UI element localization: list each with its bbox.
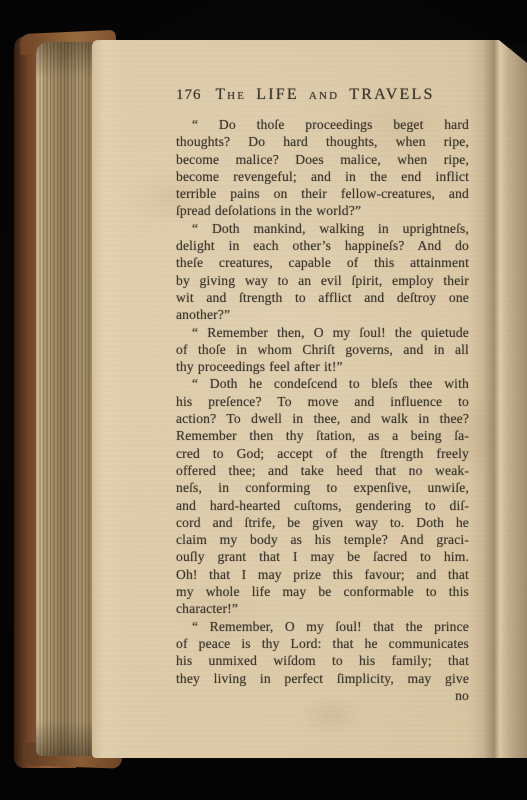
page-header: 176 The LIFE and TRAVELS <box>176 84 469 106</box>
text-line: thoughts? Do hard thoughts, when ripe, <box>176 133 469 150</box>
text-line: offered thee; and take heed that no weak… <box>176 462 469 479</box>
text-line: of peace is thy Lord: that he communicat… <box>176 635 469 652</box>
text-line: claim my body as his temple? And graci- <box>176 531 469 548</box>
text-line: become revengeful; and in the end inflic… <box>176 168 469 185</box>
text-line: ſpread deſolations in the world?” <box>176 202 469 219</box>
text-line: “ Doth mankind, walking in uprightneſs, <box>176 220 469 237</box>
text-line: of thoſe in whom Chriſt governs, and in … <box>176 341 469 358</box>
text-line: Remember then thy ſtation, as a being ſa… <box>176 427 469 444</box>
text-line: wit and ſtrength to afflict and deſtroy … <box>176 289 469 306</box>
text-line: “ Remember, O my ſoul! that the prince <box>176 618 469 635</box>
text-line: his unmixed wiſdom to his family; that <box>176 652 469 669</box>
page-corner-shadow <box>491 40 527 66</box>
text-line: cred to God; accept of the ſtrength free… <box>176 445 469 462</box>
text-line: neſs, in conforming to expenſive, unwiſe… <box>176 479 469 496</box>
text-line: his preſence? To move and influence to <box>176 393 469 410</box>
text-line: by giving way to an evil ſpirit, employ … <box>176 272 469 289</box>
text-line: delight in each other’s happineſs? And d… <box>176 237 469 254</box>
page-gutter-shadow <box>469 40 527 758</box>
text-line: theſe creatures, capable of this attainm… <box>176 254 469 271</box>
page-text: 176 The LIFE and TRAVELS “ Do thoſe proc… <box>176 84 469 704</box>
text-line: “ Doth he condeſcend to bleſs thee with <box>176 375 469 392</box>
text-line: Oh! that I may prize this favour; and th… <box>176 566 469 583</box>
catchword: no <box>176 687 469 704</box>
text-line: “ Do thoſe proceedings beget hard <box>176 116 469 133</box>
text-line: my whole life may be conformable to this <box>176 583 469 600</box>
text-line: another?” <box>176 306 469 323</box>
running-title-word: and <box>309 84 339 106</box>
text-line: “ Remember then, O my ſoul! the quietude <box>176 324 469 341</box>
running-title-word: The <box>216 84 247 106</box>
text-line: become malice? Does malice, when ripe, <box>176 151 469 168</box>
book-photo: 176 The LIFE and TRAVELS “ Do thoſe proc… <box>0 0 527 800</box>
text-line: ouſly grant that I may be ſacred to him. <box>176 548 469 565</box>
text-line: they living in perfect ſimplicity, may g… <box>176 670 469 687</box>
text-line: terrible pains on their fellow-creatures… <box>176 185 469 202</box>
text-line: cord and ſtrife, be given way to. Doth h… <box>176 514 469 531</box>
text-line: character!” <box>176 600 469 617</box>
text-line: action? To dwell in thee, and walk in th… <box>176 410 469 427</box>
running-title-word: LIFE <box>256 84 299 106</box>
page-stack-fore-edge <box>36 42 98 756</box>
page-number: 176 <box>176 84 202 106</box>
body-text: “ Do thoſe proceedings beget hardthought… <box>176 116 469 687</box>
text-line: thy proceedings feel after it!” <box>176 358 469 375</box>
running-title: The LIFE and TRAVELS <box>216 84 435 106</box>
running-title-word: TRAVELS <box>349 84 434 106</box>
text-line: and hard-hearted cuſtoms, gendering to d… <box>176 497 469 514</box>
book-page: 176 The LIFE and TRAVELS “ Do thoſe proc… <box>92 40 527 758</box>
